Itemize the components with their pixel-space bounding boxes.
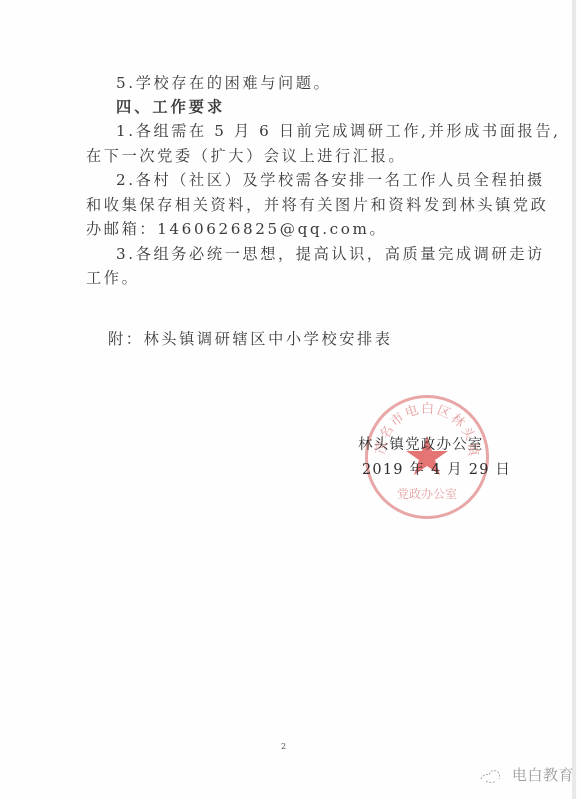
requirement-3-cont: 工作。 xyxy=(86,269,139,287)
requirement-2: 2.各村（社区）及学校需各安排一名工作人员全程拍摄 xyxy=(116,171,545,189)
signing-date: 2019 年 4 月 29 日 xyxy=(362,458,511,479)
requirement-2-cont: 和收集保存相关资料，并将有关图片和资料发到林头镇党政 xyxy=(86,196,548,214)
requirement-1: 1.各组需在 5 月 6 日前完成调研工作,并形成书面报告, xyxy=(116,122,561,140)
document-page: 5.学校存在的困难与问题。 四、工作要求 1.各组需在 5 月 6 日前完成调研… xyxy=(0,0,576,799)
attachment-note: 附：林头镇调研辖区中小学校安排表 xyxy=(108,330,393,348)
requirement-3: 3.各组务必统一思想，提高认识，高质量完成调研走访 xyxy=(116,245,545,263)
page-edge xyxy=(572,0,576,799)
watermark-label: 电白教育 xyxy=(512,764,574,785)
svg-text:党政办公室: 党政办公室 xyxy=(397,486,457,501)
item-5: 5.学校存在的困难与问题。 xyxy=(116,74,331,92)
requirement-2-email: 办邮箱：1460626825@qq.com。 xyxy=(86,220,387,238)
wechat-account-icon xyxy=(478,765,504,785)
page-number: 2 xyxy=(281,742,286,751)
official-seal: 茂名市电白区林头镇 党政办公室 xyxy=(365,395,489,519)
signing-office: 林头镇党政办公室 xyxy=(358,433,484,454)
section-heading-work-requirements: 四、工作要求 xyxy=(116,98,225,116)
requirement-1-cont: 在下一次党委（扩大）会议上进行汇报。 xyxy=(86,147,406,165)
watermark: 电白教育 xyxy=(478,764,574,785)
seal-star-icon: 茂名市电白区林头镇 党政办公室 xyxy=(368,398,486,516)
